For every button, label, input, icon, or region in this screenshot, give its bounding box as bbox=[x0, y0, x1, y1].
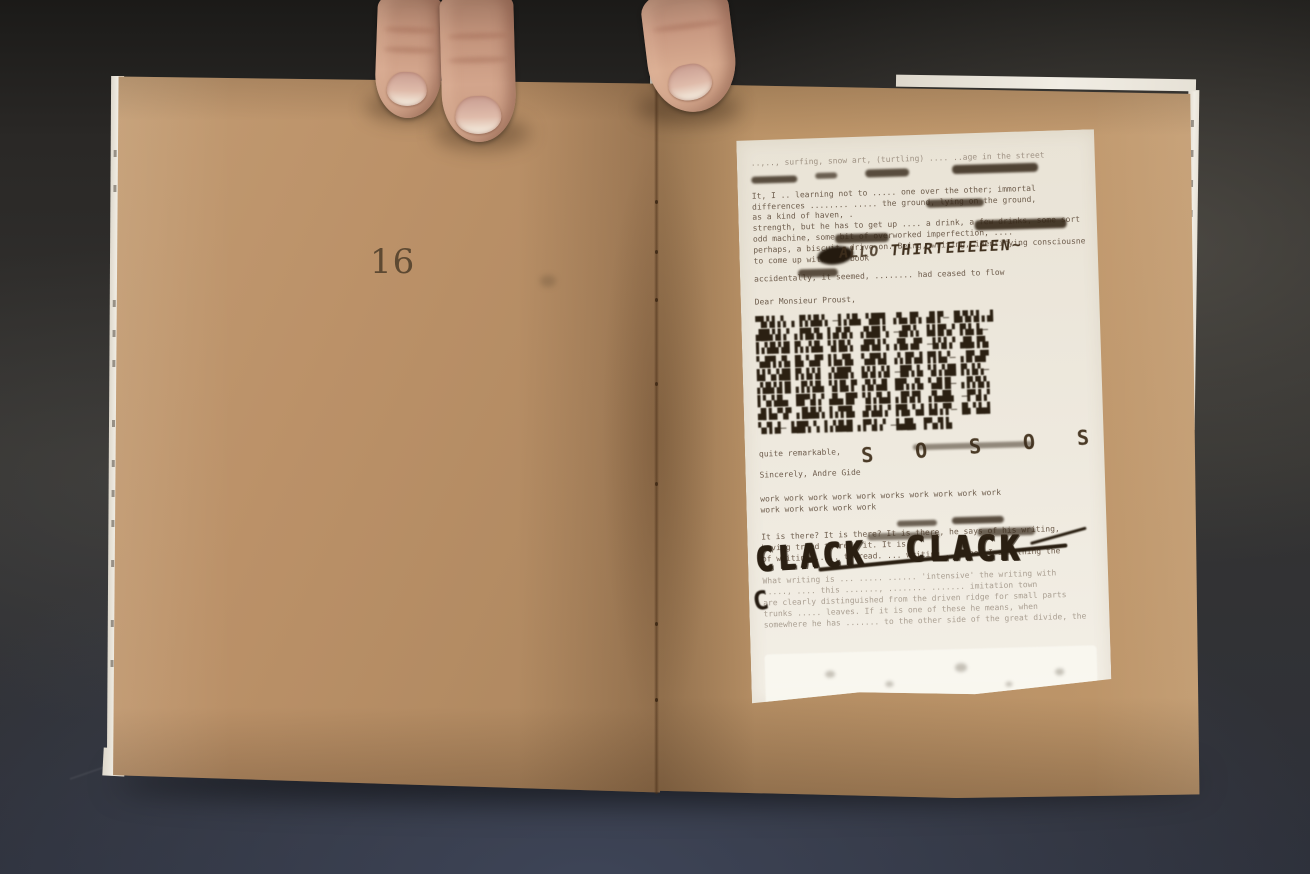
right-page: ..,.., surfing, snow art, (turtling) ...… bbox=[658, 78, 1200, 798]
stitch-dot bbox=[655, 622, 658, 626]
stitch-dot bbox=[655, 482, 658, 486]
stitch-dot bbox=[655, 698, 658, 702]
book-spine-crease bbox=[654, 82, 659, 794]
page-edge-print-mark bbox=[112, 420, 115, 427]
stitch-dot bbox=[655, 250, 658, 254]
correction-fluid-patch bbox=[765, 646, 1098, 709]
thumbnail bbox=[665, 60, 715, 104]
stitch-dot bbox=[655, 200, 658, 204]
page-edge-print-mark bbox=[112, 460, 115, 467]
ink-tail-line bbox=[1030, 527, 1087, 545]
stitch-dot bbox=[655, 298, 658, 302]
page-edge-print-mark bbox=[112, 360, 115, 367]
ink-speck bbox=[825, 671, 835, 678]
knuckle-crease bbox=[383, 47, 436, 55]
ink-smear bbox=[835, 233, 889, 244]
page-edge-print-mark bbox=[111, 520, 114, 527]
page-edge-print-mark bbox=[111, 660, 114, 667]
letter-signoff: Sincerely, Andre Gide bbox=[759, 461, 1091, 481]
ink-smear bbox=[751, 175, 797, 183]
page-edge-print-mark bbox=[113, 330, 116, 337]
page-edge-print-mark bbox=[113, 185, 116, 192]
page-edge-print-mark bbox=[111, 560, 114, 567]
index-finger bbox=[374, 0, 444, 119]
middle-finger bbox=[439, 0, 517, 143]
stitch-dot bbox=[655, 382, 658, 386]
page-edge-print-mark bbox=[113, 300, 116, 307]
page-edge-print-mark bbox=[112, 490, 115, 497]
knuckle-crease bbox=[383, 26, 436, 34]
page-edge-print-mark bbox=[114, 150, 117, 157]
page-edge-print-mark bbox=[111, 620, 114, 627]
left-page: 16 bbox=[112, 70, 660, 794]
typed-work-lines: work work work work work works work work… bbox=[760, 486, 1092, 517]
knuckle-crease bbox=[448, 56, 507, 64]
page-edge-print-mark bbox=[1191, 120, 1194, 127]
ink-speck bbox=[885, 681, 893, 687]
redacted-text-block: ▀▙▚▌▞▖▗ ▛▞▟▙▚ —▌▞▟▙ ▚█▛▌ ▞▙▖█▚ ▟▌▛— █▞▙▚… bbox=[755, 307, 1090, 435]
fingernail bbox=[386, 71, 427, 106]
knuckle-crease bbox=[448, 32, 507, 40]
ink-smear bbox=[865, 168, 909, 177]
ink-smear bbox=[897, 520, 937, 527]
page-number: 16 bbox=[370, 242, 415, 282]
ink-smear bbox=[977, 527, 1035, 537]
ink-speck bbox=[1055, 669, 1064, 676]
ink-smears-layer bbox=[766, 700, 1098, 709]
ink-smear bbox=[815, 172, 837, 179]
handwritten-clack-1: CLACK bbox=[755, 534, 869, 578]
ink-smear bbox=[952, 516, 1004, 524]
fingernail bbox=[455, 95, 502, 134]
handwritten-allo: ALLO bbox=[838, 242, 880, 262]
letter-greeting: Dear Monsieur Proust, bbox=[755, 289, 1087, 309]
knuckle-crease bbox=[652, 19, 723, 34]
ink-speck bbox=[1005, 682, 1012, 687]
page-smudge bbox=[540, 275, 556, 287]
ink-speck bbox=[955, 663, 967, 672]
ink-smear bbox=[798, 268, 838, 277]
photo-scene: 16 ..,.., surfing, snow art, (turtling) … bbox=[0, 0, 1310, 874]
ink-smear bbox=[926, 198, 984, 208]
pasted-letter-sheet: ..,.., surfing, snow art, (turtling) ...… bbox=[736, 129, 1112, 705]
